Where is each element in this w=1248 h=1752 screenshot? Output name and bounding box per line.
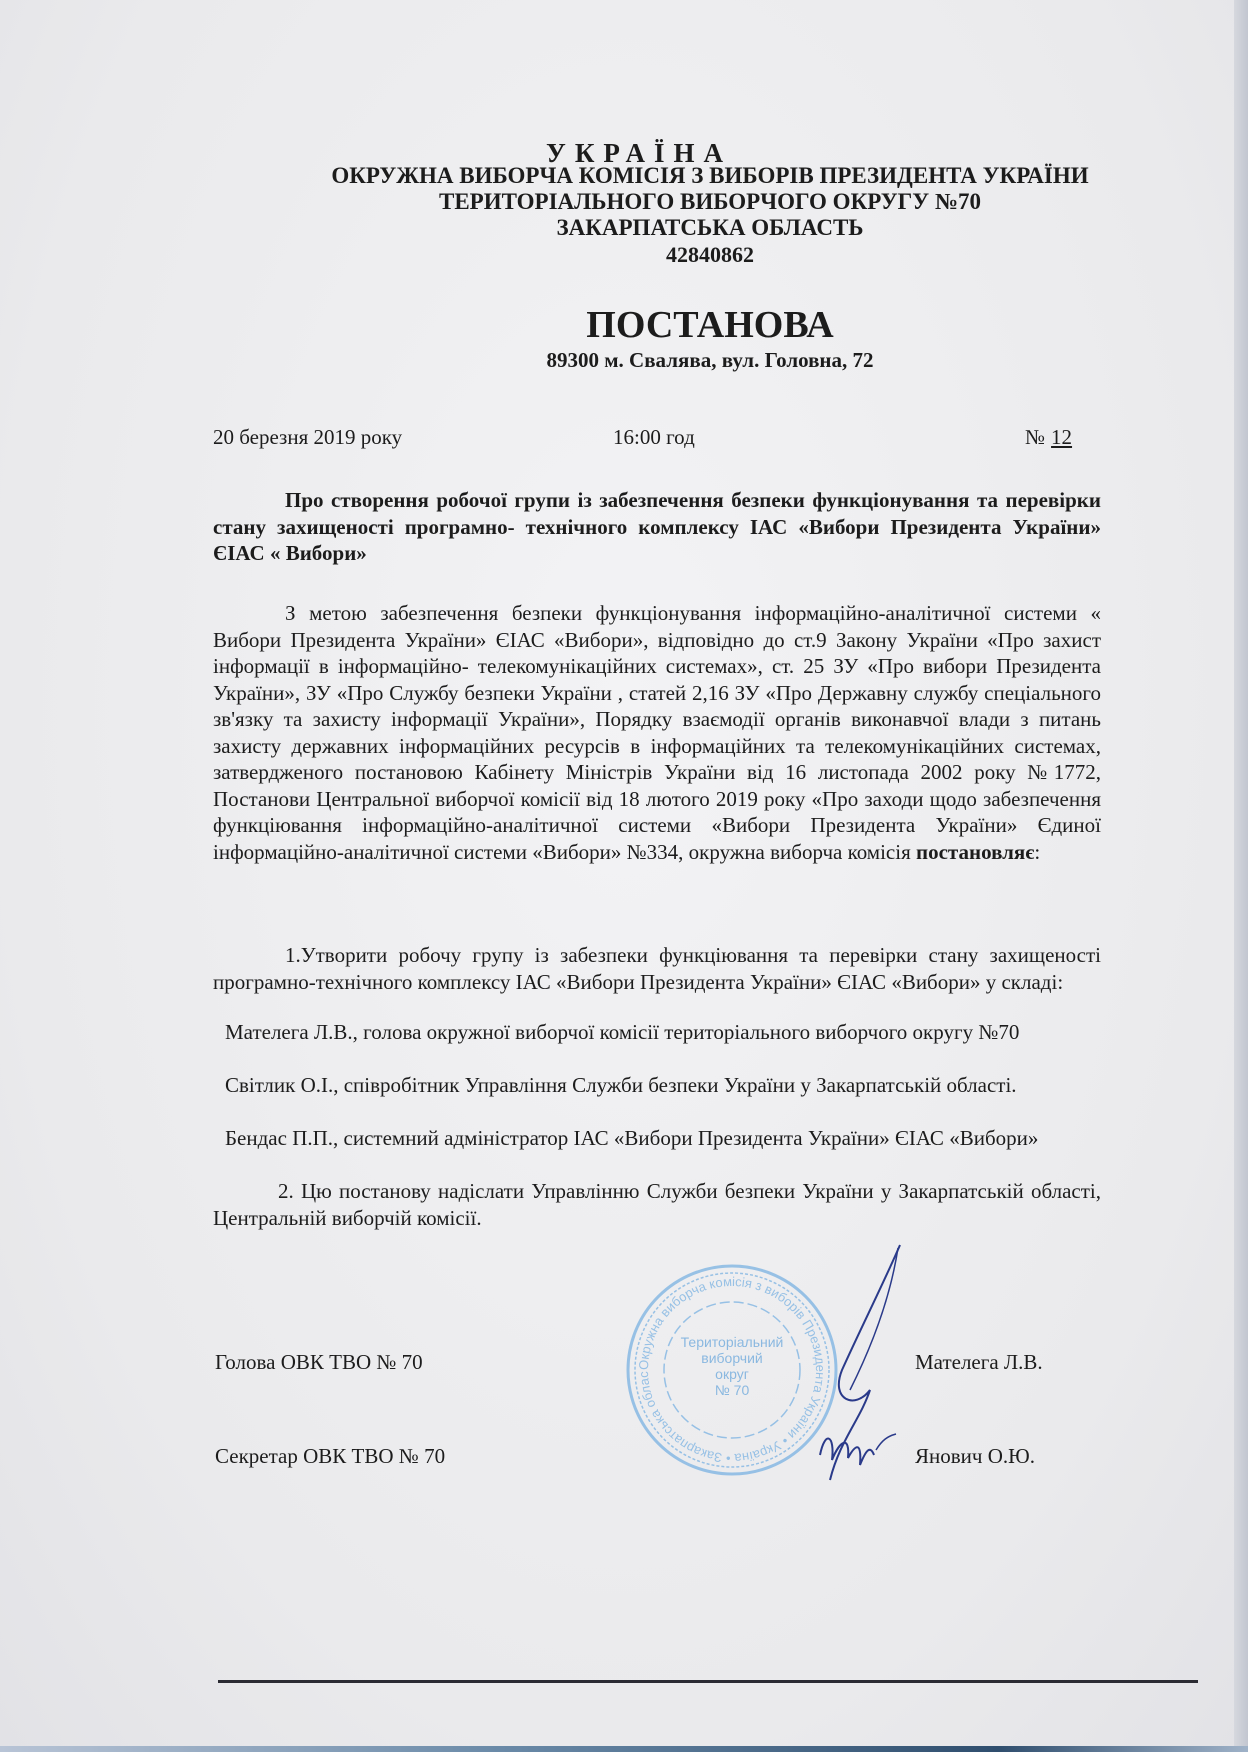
signature-title-secretary: Секретар ОВК ТВО № 70 (215, 1444, 445, 1469)
item-2: 2. Цю постанову надіслати Управлінню Слу… (213, 1178, 1101, 1231)
document-page: УКРАЇНА ОКРУЖНА ВИБОРЧА КОМІСІЯ З ВИБОРІ… (0, 0, 1248, 1752)
footer-divider (218, 1680, 1198, 1683)
scan-edge (1234, 0, 1248, 1752)
header-region: ЗАКАРПАТСЬКА ОБЛАСТЬ (250, 215, 1170, 241)
document-address: 89300 м. Свалява, вул. Головна, 72 (250, 348, 1170, 373)
document-time: 16:00 год (613, 425, 695, 450)
header-code: 42840862 (250, 242, 1170, 268)
preamble-paragraph: З метою забезпечення безпеки функціонува… (213, 600, 1101, 865)
scan-edge-bottom (0, 1746, 1248, 1752)
member-1: Мателега Л.В., голова окружної виборчої … (213, 1019, 1101, 1046)
document-date: 20 березня 2019 року (213, 425, 402, 450)
member-3: Бендас П.П., системний адміністратор ІАС… (213, 1125, 1101, 1152)
signature-title-chair: Голова ОВК ТВО № 70 (215, 1350, 423, 1375)
item-1: 1.Утворити робочу групу із забезпеки фун… (213, 942, 1101, 995)
member-2: Світлик О.І., співробітник Управління Сл… (213, 1072, 1101, 1099)
number-value: 12 (1051, 425, 1072, 449)
document-meta: 20 березня 2019 року 16:00 год №12 (213, 425, 1103, 455)
document-number: №12 (1025, 425, 1072, 450)
number-label: № (1025, 425, 1045, 449)
preamble-text: З метою забезпечення безпеки функціонува… (213, 601, 1101, 864)
header-commission: ОКРУЖНА ВИБОРЧА КОМІСІЯ З ВИБОРІВ ПРЕЗИД… (250, 163, 1170, 189)
document-title: ПОСТАНОВА (250, 303, 1170, 347)
handwritten-signature-icon (800, 1240, 940, 1490)
preamble-end: : (1034, 840, 1040, 864)
document-subject: Про створення робочої групи із забезпече… (213, 487, 1101, 567)
preamble-resolves: постановляє (916, 840, 1034, 864)
header-district: ТЕРИТОРІАЛЬНОГО ВИБОРЧОГО ОКРУГУ №70 (250, 189, 1170, 215)
